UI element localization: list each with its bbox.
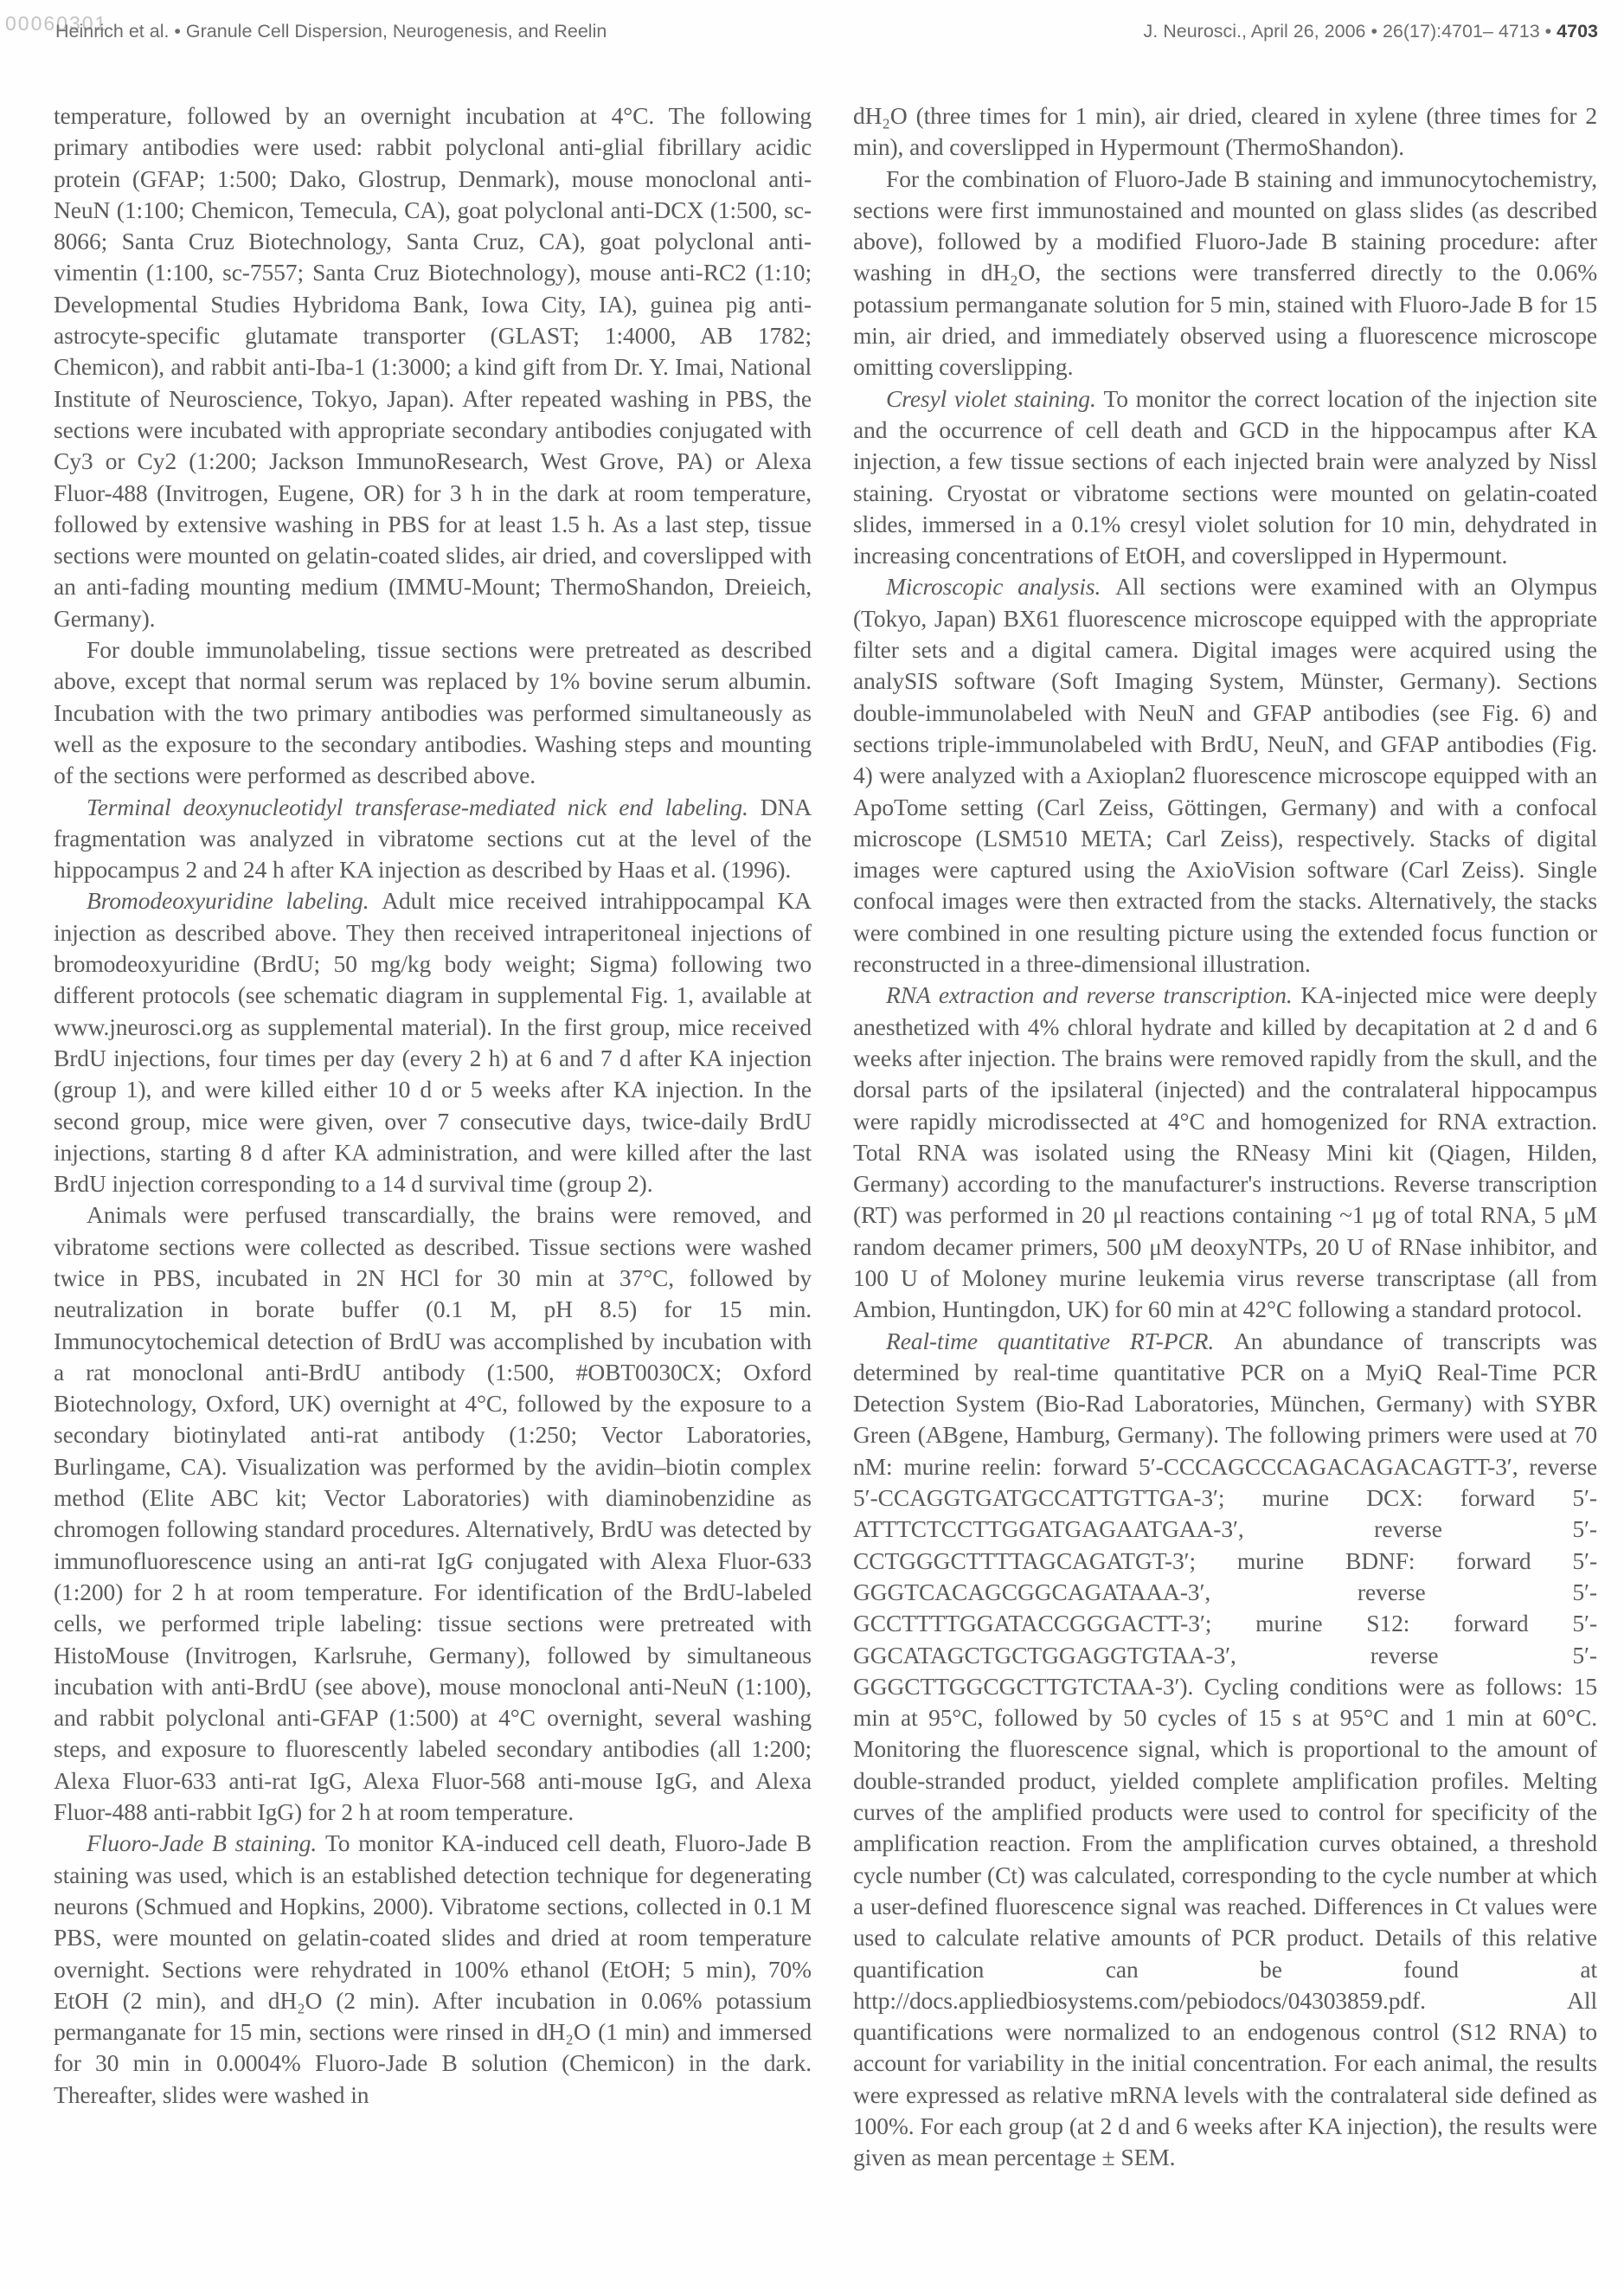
left-paragraph-1: temperature, followed by an overnight in… xyxy=(54,100,812,634)
section-lead-italic: Real-time quantitative RT-PCR. xyxy=(886,1328,1234,1354)
paragraph-text: Animals were perfused transcardially, th… xyxy=(54,1201,812,1825)
left-paragraph-6: Fluoro-Jade B staining. To monitor KA-in… xyxy=(54,1828,812,2111)
section-lead-italic: RNA extraction and reverse transcription… xyxy=(886,981,1300,1008)
right-paragraph-6: Real-time quantitative RT-PCR. An abunda… xyxy=(853,1326,1597,2174)
paragraph-text: Adult mice received intrahippocampal KA … xyxy=(54,887,812,1197)
right-column: dH₂O (three times for 1 min), air dried,… xyxy=(853,100,1597,2174)
paragraph-text: For the combination of Fluoro-Jade B sta… xyxy=(853,165,1597,381)
paragraph-text: KA-injected mice were deeply anesthetize… xyxy=(853,981,1597,1322)
running-head-right: J. Neurosci., April 26, 2006 • 26(17):47… xyxy=(1144,21,1598,42)
paragraph-text: To monitor KA-induced cell death, Fluoro… xyxy=(54,1829,812,2107)
running-head-left: Heinrich et al. • Granule Cell Dispersio… xyxy=(55,21,607,42)
citation-text: J. Neurosci., April 26, 2006 • 26(17):47… xyxy=(1144,21,1557,42)
right-paragraph-3: Cresyl violet staining. To monitor the c… xyxy=(853,383,1597,572)
paragraph-text: An abundance of transcripts was determin… xyxy=(853,1328,1597,2171)
right-paragraph-4: Microscopic analysis. All sections were … xyxy=(853,571,1597,980)
paragraph-text: For double immunolabeling, tissue sectio… xyxy=(54,636,812,788)
paragraph-text: All sections were examined with an Olymp… xyxy=(853,573,1597,977)
section-lead-italic: Bromodeoxyuridine labeling. xyxy=(87,887,382,914)
right-paragraph-1: dH₂O (three times for 1 min), air dried,… xyxy=(853,100,1597,164)
left-paragraph-4: Bromodeoxyuridine labeling. Adult mice r… xyxy=(54,885,812,1199)
section-lead-italic: Terminal deoxynucleotidyl transferase-me… xyxy=(87,794,761,820)
section-lead-italic: Cresyl violet staining. xyxy=(886,385,1103,412)
left-column: temperature, followed by an overnight in… xyxy=(54,100,812,2111)
right-paragraph-5: RNA extraction and reverse transcription… xyxy=(853,980,1597,1325)
journal-page: 00060301 Heinrich et al. • Granule Cell … xyxy=(0,0,1624,2289)
paragraph-text: dH₂O (three times for 1 min), air dried,… xyxy=(853,102,1597,160)
paragraph-text: To monitor the correct location of the i… xyxy=(853,385,1597,569)
left-paragraph-3: Terminal deoxynucleotidyl transferase-me… xyxy=(54,792,812,886)
paragraph-text: temperature, followed by an overnight in… xyxy=(54,102,812,632)
left-paragraph-5: Animals were perfused transcardially, th… xyxy=(54,1199,812,1828)
section-lead-italic: Microscopic analysis. xyxy=(886,573,1115,600)
section-lead-italic: Fluoro-Jade B staining. xyxy=(87,1829,325,1856)
running-head: Heinrich et al. • Granule Cell Dispersio… xyxy=(0,21,1624,50)
page-number: 4703 xyxy=(1557,21,1598,42)
right-paragraph-2: For the combination of Fluoro-Jade B sta… xyxy=(853,164,1597,383)
left-paragraph-2: For double immunolabeling, tissue sectio… xyxy=(54,634,812,791)
